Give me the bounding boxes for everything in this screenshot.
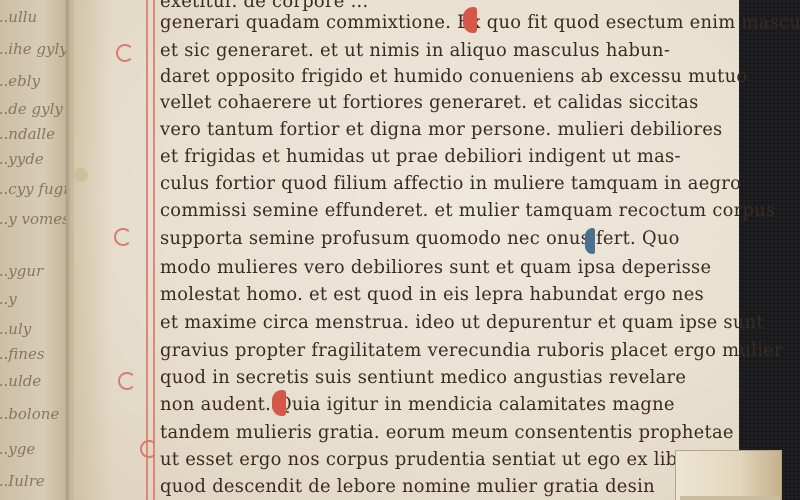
facing-line: ...ihe gyly <box>0 40 68 58</box>
facing-line: ...yyde <box>0 150 44 168</box>
red-flourish <box>114 228 132 246</box>
text-line: tandem mulieris gratia. eorum meum conse… <box>160 419 734 445</box>
facing-line: ...ulde <box>0 372 41 390</box>
facing-line: ...uly <box>0 320 31 338</box>
red-flourish <box>118 372 136 390</box>
page-tab <box>675 450 782 500</box>
text-line: supporta semine profusum quomodo nec onu… <box>160 225 680 251</box>
text-line: generari quadam commixtione. Ex quo fit … <box>160 9 800 35</box>
facing-line: ...cyy fugne <box>0 180 72 198</box>
text-line: vellet cohaerere ut fortiores generaret.… <box>160 89 699 115</box>
tab-shadow <box>680 496 780 500</box>
facing-page: ...ullu ...ihe gyly ...ebly ...de gyly .… <box>0 0 72 500</box>
facing-line: ...bolone <box>0 405 59 423</box>
text-line: quod in secretis suis sentiunt medico an… <box>160 364 686 390</box>
red-initial <box>272 390 286 416</box>
facing-line: ...y <box>0 290 17 308</box>
facing-line: ...Iulre <box>0 472 45 490</box>
text-line: vero tantum fortior et digna mor persone… <box>160 116 723 142</box>
text-line: ut esset ergo nos corpus prudentia senti… <box>160 446 717 472</box>
text-line: et maxime circa menstrua. ideo ut depure… <box>160 309 764 335</box>
red-flourish <box>116 44 134 62</box>
text-line: modo mulieres vero debiliores sunt et qu… <box>160 254 711 280</box>
text-line: gravius propter fragilitatem verecundia … <box>160 337 783 363</box>
text-line: et sic generaret. et ut nimis in aliquo … <box>160 37 670 63</box>
facing-line: ...fines <box>0 345 45 363</box>
text-line: quod descendit de lebore nomine mulier g… <box>160 473 655 499</box>
stain <box>74 168 88 182</box>
facing-line: ...yge <box>0 440 35 458</box>
text-line: non audent. Quia igitur in mendicia cala… <box>160 391 675 417</box>
text-line: culus fortior quod filium affectio in mu… <box>160 170 741 196</box>
text-line: daret opposito frigido et humido conueni… <box>160 63 747 89</box>
red-border-line <box>153 0 155 500</box>
facing-line: ...ndalle <box>0 125 55 143</box>
page-edge-shading <box>72 0 112 500</box>
text-line: molestat homo. et est quod in eis lepra … <box>160 281 704 307</box>
red-flourish <box>140 440 158 458</box>
text-line: commissi semine effunderet. et mulier ta… <box>160 197 775 223</box>
red-border-line <box>146 0 148 500</box>
facing-line: ...ebly <box>0 72 40 90</box>
facing-line: ...de gyly <box>0 100 63 118</box>
manuscript-photo: ...ullu ...ihe gyly ...ebly ...de gyly .… <box>0 0 800 500</box>
facing-line: ...y vomes <box>0 210 70 228</box>
red-initial <box>463 7 477 33</box>
facing-line: ...ullu <box>0 8 37 26</box>
facing-line: ...ygur <box>0 262 43 280</box>
text-line: et frigidas et humidas ut prae debiliori… <box>160 143 681 169</box>
blue-initial <box>585 228 595 254</box>
